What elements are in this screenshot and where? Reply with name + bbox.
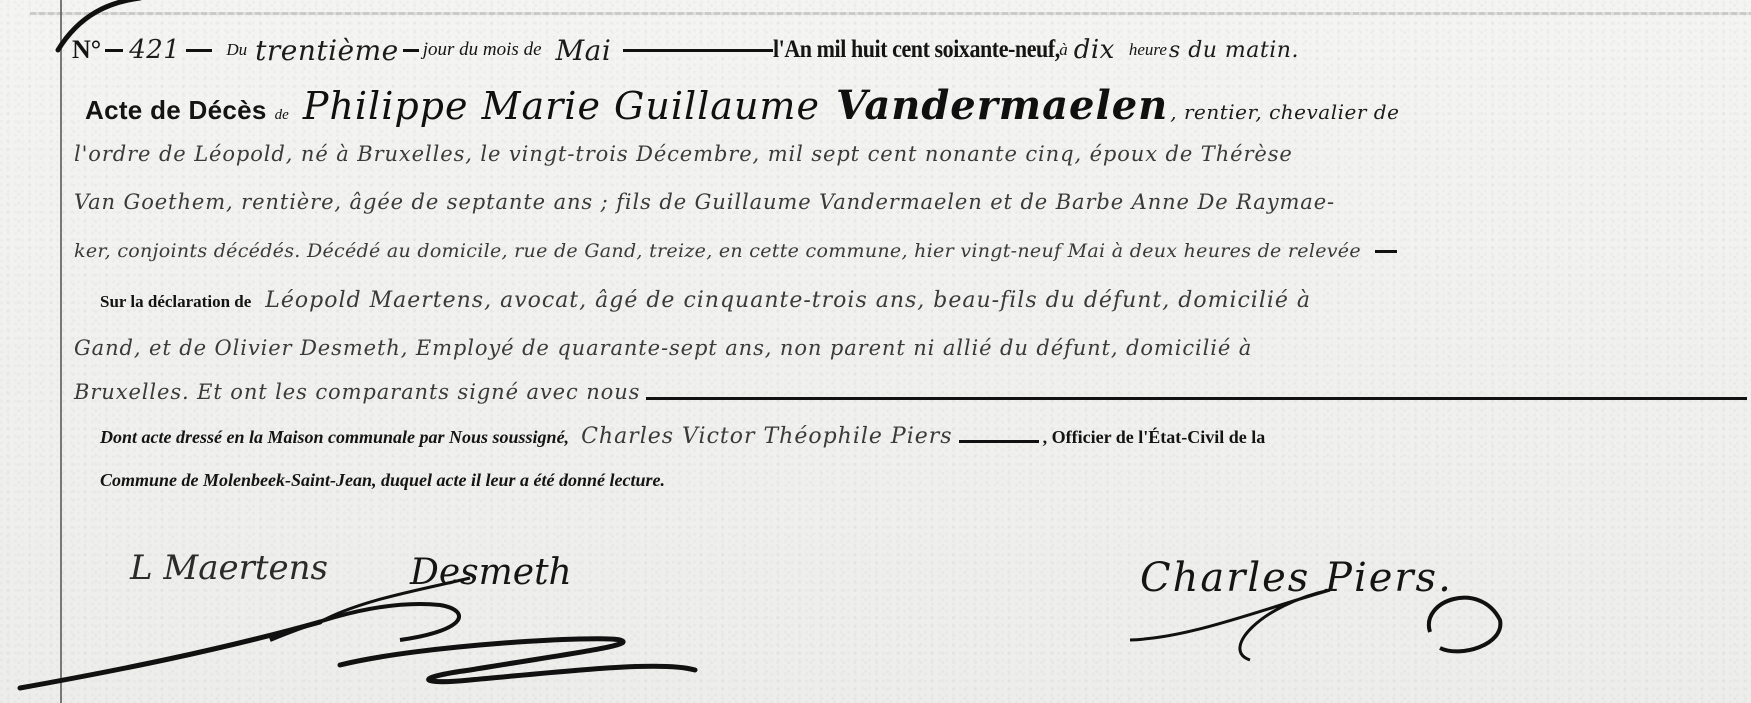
declaration-line-3: Bruxelles. Et ont les comparants signé a… <box>74 380 1751 404</box>
day-value: trentième <box>255 34 399 67</box>
closing-line-2: Commune de Molenbeek-Saint-Jean, duquel … <box>100 470 665 491</box>
officer-name: Charles Victor Théophile Piers <box>581 424 953 449</box>
closing-line-1: Dont acte dressé en la Maison communale … <box>100 424 1265 449</box>
blank-rule <box>403 49 419 52</box>
declaration-line-1: Sur la déclaration de Léopold Maertens, … <box>100 288 1311 313</box>
hour-suffix: s du matin. <box>1169 38 1299 63</box>
blank-rule <box>186 49 212 52</box>
declaration-text-1: Léopold Maertens, avocat, âgé de cinquan… <box>265 288 1311 313</box>
deceased-occupation: , rentier, chevalier de <box>1170 100 1399 124</box>
du-label: Du <box>226 40 247 60</box>
top-border-rule <box>30 12 1751 15</box>
deceased-given-names: Philippe Marie Guillaume <box>303 84 820 128</box>
declaration-text-3: Bruxelles. Et ont les comparants signé a… <box>74 380 640 404</box>
blank-rule <box>959 440 1039 443</box>
hour-value: dix <box>1074 35 1115 65</box>
jour-label: jour du mois de <box>423 39 542 61</box>
closing-prefix: Dont acte dressé en la Maison communale … <box>100 427 569 448</box>
a-label: à <box>1059 40 1068 60</box>
act-title: Acte de Décès <box>85 95 267 126</box>
deceased-name-line: Acte de Décès de Philippe Marie Guillaum… <box>85 82 1399 132</box>
signature-flourishes <box>0 560 800 703</box>
blank-rule <box>646 397 1747 400</box>
deceased-surname: Vandermaelen <box>836 82 1168 129</box>
blank-rule <box>105 49 123 52</box>
deceased-line-2: l'ordre de Léopold, né à Bruxelles, le v… <box>74 142 1293 166</box>
blank-rule <box>623 49 773 52</box>
de-label: de <box>275 107 289 124</box>
deceased-line-4: ker, conjoints décédés. Décédé au domici… <box>74 240 1401 262</box>
deceased-line-4-text: ker, conjoints décédés. Décédé au domici… <box>74 240 1361 262</box>
month-value: Mai <box>556 34 612 67</box>
header-line: N° 421 Du trentième jour du mois de Mai … <box>72 30 1299 70</box>
year-text: l'An mil huit cent soixante-neuf, <box>773 36 1060 64</box>
declaration-line-2: Gand, et de Olivier Desmeth, Employé de … <box>74 336 1252 360</box>
number-prefix: N° <box>72 35 101 65</box>
blank-rule <box>1375 250 1397 253</box>
deceased-line-3: Van Goethem, rentière, âgée de septante … <box>74 190 1335 214</box>
declaration-label: Sur la déclaration de <box>100 292 251 312</box>
officer-signature-flourish <box>1100 560 1750 703</box>
heure-label: heure <box>1129 40 1167 60</box>
closing-suffix: , Officier de l'État-Civil de la <box>1043 427 1266 448</box>
act-number: 421 <box>129 35 180 65</box>
